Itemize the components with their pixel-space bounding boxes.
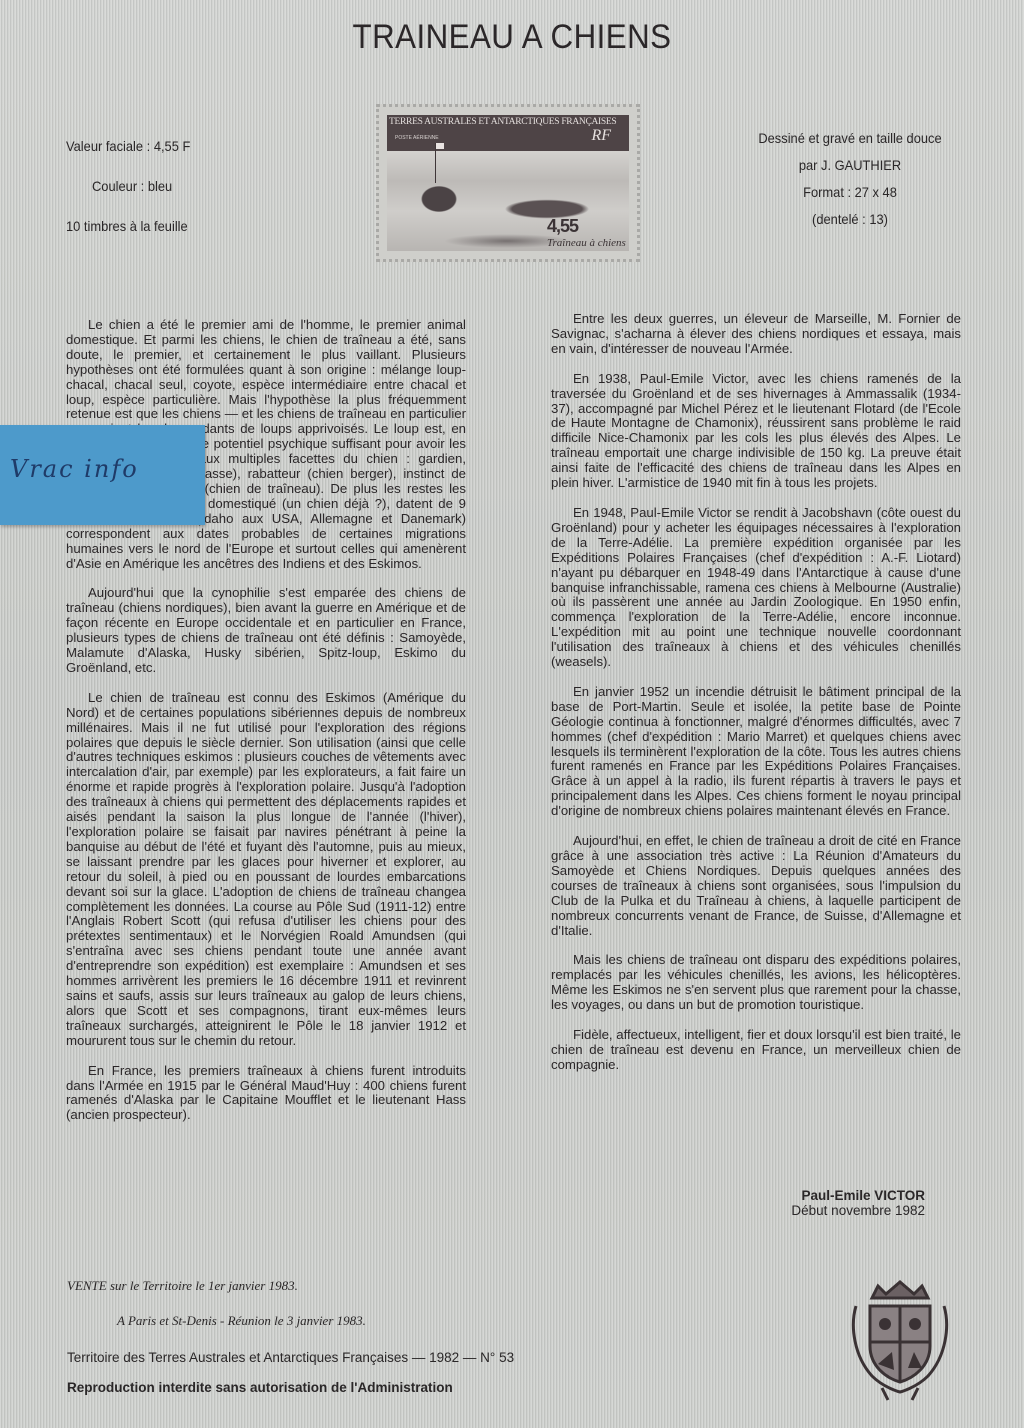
stamp-specs-right: Dessiné et gravé en taille douce par J. … (720, 128, 980, 236)
article-paragraph: En 1948, Paul-Emile Victor se rendit à J… (551, 506, 961, 670)
reproduction-notice: Reproduction interdite sans autorisation… (67, 1380, 453, 1395)
article-paragraph: Aujourd'hui, en effet, le chien de traîn… (551, 834, 961, 938)
article-paragraph: Le chien de traîneau est connu des Eskim… (66, 691, 466, 1049)
perforation: (dentelé : 13) (730, 209, 969, 236)
sale-date-line: VENTE sur le Territoire le 1er janvier 1… (67, 1278, 298, 1294)
stamp-color: Couleur : bleu (92, 178, 172, 194)
rf-logo-icon: RF (591, 127, 611, 145)
document-title: TRAINEAU A CHIENS (41, 18, 983, 57)
paris-sale-line: A Paris et St-Denis - Réunion le 3 janvi… (117, 1313, 366, 1329)
flag-icon (435, 143, 436, 183)
stamp-post-label: POSTE AÉRIENNE (395, 135, 439, 141)
signature-block: Paul-Emile VICTOR Début novembre 1982 (700, 1188, 925, 1218)
coat-of-arms-icon (842, 1276, 958, 1402)
stamp-image: TERRES AUSTRALES ET ANTARCTIQUES FRANÇAI… (376, 104, 640, 262)
article-paragraph: En France, les premiers traîneaux à chie… (66, 1064, 466, 1124)
stamp-caption: Traîneau à chiens (547, 237, 626, 249)
stamp-value: 4,55 (547, 216, 578, 237)
article-paragraph: Aujourd'hui que la cynophilie s'est empa… (66, 586, 466, 675)
stamp-format: Format : 27 x 48 (730, 182, 969, 209)
article-paragraph: En janvier 1952 un incendie détruisit le… (551, 685, 961, 819)
author-name: Paul-Emile VICTOR (700, 1188, 925, 1203)
stamp-country-text: TERRES AUSTRALES ET ANTARCTIQUES FRANÇAI… (389, 117, 627, 127)
sticky-note: Vrac info (0, 425, 205, 525)
article-paragraph: Entre les deux guerres, un éleveur de Ma… (551, 312, 961, 357)
article-right-column: Entre les deux guerres, un éleveur de Ma… (551, 312, 961, 1088)
dog-sled-illustration (387, 151, 629, 251)
signature-date: Début novembre 1982 (700, 1203, 925, 1218)
article-paragraph: En 1938, Paul-Emile Victor, avec les chi… (551, 372, 961, 491)
sticky-note-text: Vrac info (10, 455, 139, 483)
issuer-line: Territoire des Terres Australes et Antar… (67, 1350, 514, 1365)
article-paragraph: Fidèle, affectueux, intelligent, fier et… (551, 1028, 961, 1073)
engraver-name: par J. GAUTHIER (730, 155, 969, 182)
engraving-info: Dessiné et gravé en taille douce (730, 128, 969, 155)
stamps-per-sheet: 10 timbres à la feuille (66, 218, 188, 234)
article-paragraph: Mais les chiens de traîneau ont disparu … (551, 953, 961, 1013)
face-value: Valeur faciale : 4,55 F (66, 138, 190, 154)
stamp-header-band: TERRES AUSTRALES ET ANTARCTIQUES FRANÇAI… (387, 115, 629, 151)
